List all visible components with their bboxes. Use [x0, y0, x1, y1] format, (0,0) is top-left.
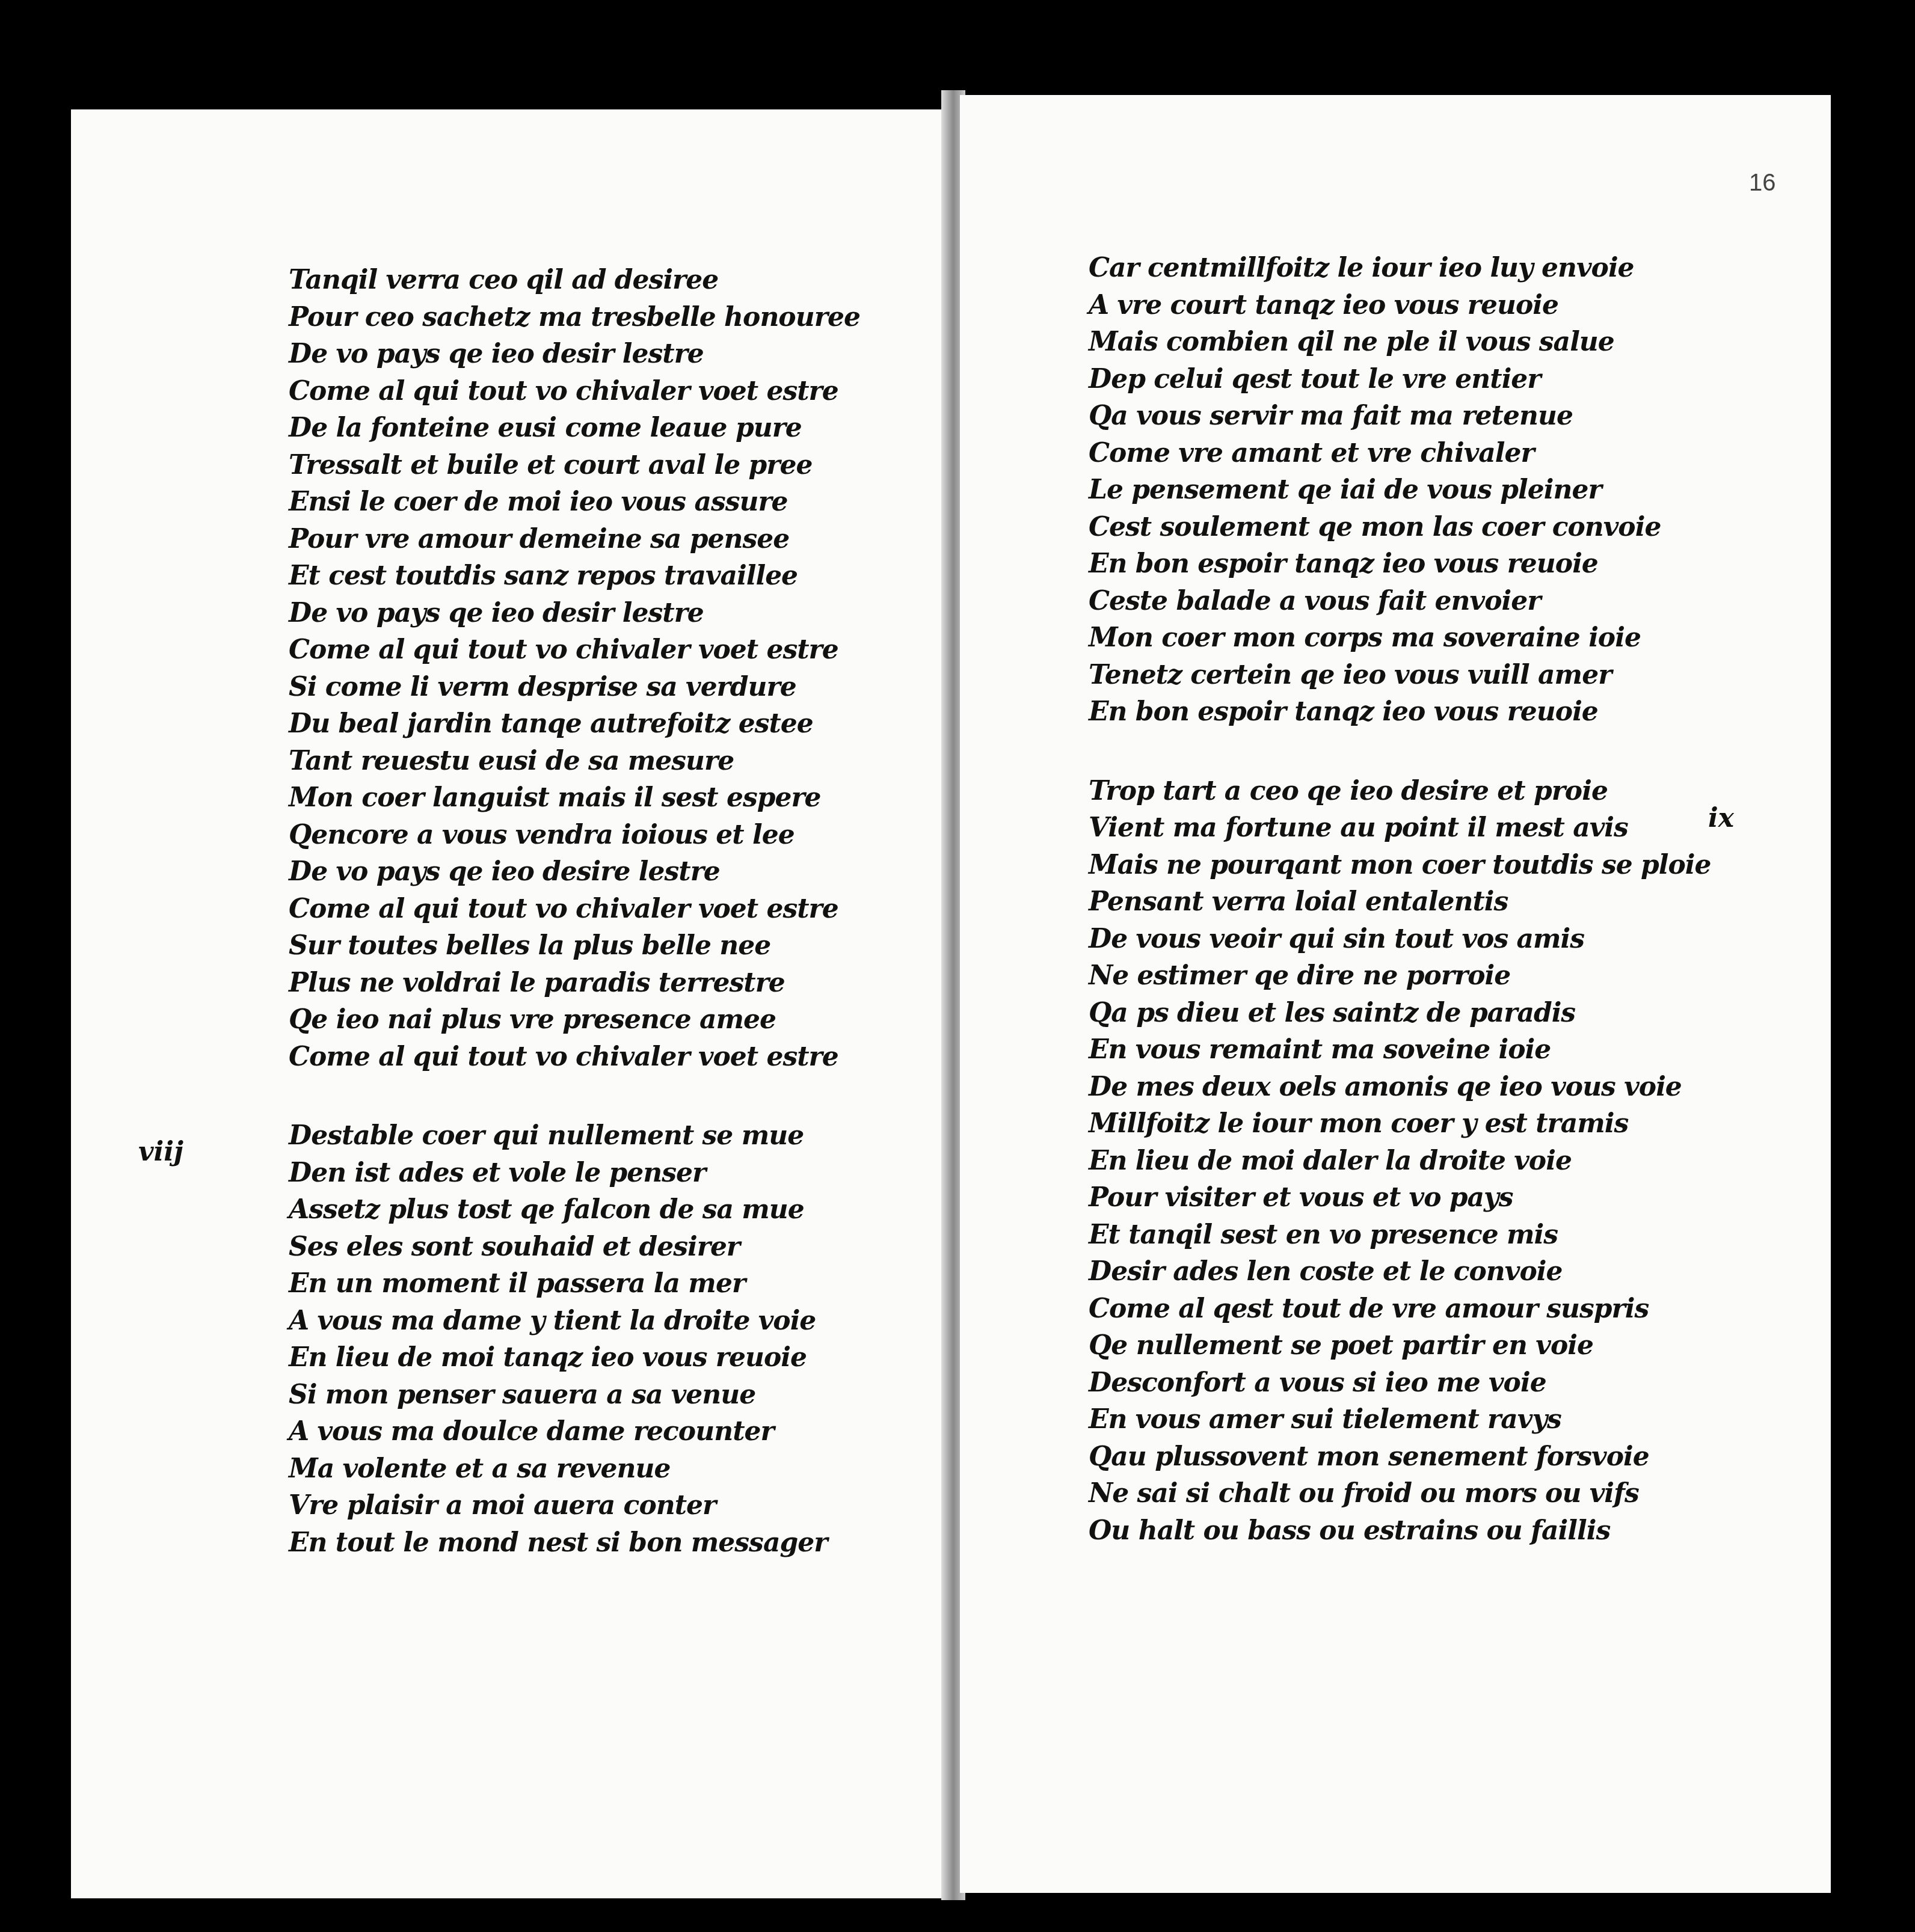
verse-line: Ensi le coer de moi ieo vous assure: [289, 486, 788, 517]
verse-line: En vous amer sui tielement ravys: [1089, 1404, 1561, 1435]
verse-line: En bon espoir tanqz ieo vous reuoie: [1089, 548, 1598, 579]
verse-line: Le pensement qe iai de vous pleiner: [1089, 474, 1602, 505]
verse-line: Ceste balade a vous fait envoier: [1089, 586, 1540, 616]
verse-line: Tressalt et buile et court aval le pree: [289, 450, 812, 480]
verse-line: Ses eles sont souhaid et desirer: [289, 1231, 740, 1262]
verse-line: Car centmillfoitz le iour ieo luy envoie: [1089, 253, 1634, 283]
verse-line: Pour ceo sachetz ma tresbelle honouree: [289, 302, 860, 333]
verse-line: Vre plaisir a moi auera conter: [289, 1490, 716, 1521]
verse-line: A vous ma doulce dame recounter: [289, 1416, 774, 1447]
verse-line: En lieu de moi daler la droite voie: [1089, 1145, 1572, 1176]
verse-line: De vo pays qe ieo desir lestre: [289, 339, 704, 369]
verse-line: Mais combien qil ne ple il vous salue: [1089, 327, 1614, 357]
verse-line: Cest soulement qe mon las coer convoie: [1089, 512, 1661, 542]
verse-line: Come al qui tout vo chivaler voet estre: [289, 1041, 838, 1072]
verse-line: Come al qui tout vo chivaler voet estre: [289, 376, 838, 406]
verse-line: En un moment il passera la mer: [289, 1268, 745, 1299]
verse-line: Si come li verm desprise sa verdure: [289, 672, 796, 702]
verse-line: Si mon penser sauera a sa venue: [289, 1379, 755, 1410]
verse-line: De vo pays qe ieo desire lestre: [289, 856, 720, 887]
verse-line: Tenetz certein qe ieo vous vuill amer: [1089, 660, 1611, 690]
verse-line: Come al qui tout vo chivaler voet estre: [289, 634, 838, 665]
verse-line: Tant reuestu eusi de sa mesure: [289, 746, 734, 776]
verse-line: De mes deux oels amonis qe ieo vous voie: [1089, 1072, 1682, 1102]
verse-line: Et cest toutdis sanz repos travaillee: [289, 560, 798, 591]
verse-line: Mon coer mon corps ma soveraine ioie: [1089, 622, 1641, 653]
verse-line: En lieu de moi tanqz ieo vous reuoie: [289, 1342, 807, 1373]
verse-line: Desconfort a vous si ieo me voie: [1089, 1367, 1546, 1398]
verse-line: En vous remaint ma soveine ioie: [1089, 1034, 1551, 1065]
folio-number: 16: [1749, 170, 1776, 197]
verse-line: De vo pays qe ieo desir lestre: [289, 598, 704, 628]
verse-line: Mais ne pourqant mon coer toutdis se plo…: [1089, 850, 1711, 880]
verse-line: Millfoitz le iour mon coer y est tramis: [1089, 1108, 1628, 1139]
verse-line: A vre court tanqz ieo vous reuoie: [1089, 290, 1558, 320]
verse-line: Trop tart a ceo qe ieo desire et proie: [1089, 776, 1608, 806]
verse-line: Pensant verra loial entalentis: [1089, 886, 1508, 917]
verse-line: Mon coer languist mais il sest espere: [289, 782, 821, 813]
verse-line: Ou halt ou bass ou estrains ou faillis: [1089, 1515, 1610, 1546]
verse-line: Qencore a vous vendra ioious et lee: [289, 820, 795, 850]
verse-line: De vous veoir qui sin tout vos amis: [1089, 924, 1584, 954]
verse-line: Et tanqil sest en vo presence mis: [1089, 1219, 1558, 1250]
verse-line: En bon espoir tanqz ieo vous reuoie: [1089, 696, 1598, 727]
verse-line: Ne sai si chalt ou froid ou mors ou vifs: [1089, 1478, 1639, 1509]
verse-line: Tanqil verra ceo qil ad desiree: [289, 265, 718, 295]
section-marker-right: ix: [1708, 803, 1734, 833]
verse-line: Den ist ades et vole le penser: [289, 1158, 705, 1188]
verse-line: Vient ma fortune au point il mest avis: [1089, 812, 1628, 843]
verse-line: Pour vre amour demeine sa pensee: [289, 524, 789, 554]
verse-line: Qa ps dieu et les saintz de paradis: [1089, 998, 1575, 1028]
verse-line: Qe ieo nai plus vre presence amee: [289, 1004, 776, 1035]
verse-line: Ma volente et a sa revenue: [289, 1453, 671, 1484]
verse-line: A vous ma dame y tient la droite voie: [289, 1305, 816, 1336]
verse-line: Plus ne voldrai le paradis terrestre: [289, 968, 785, 998]
verse-line: Qa vous servir ma fait ma retenue: [1089, 400, 1573, 431]
verse-line: Destable coer qui nullement se mue: [289, 1120, 804, 1151]
verse-line: Qe nullement se poet partir en voie: [1089, 1330, 1593, 1361]
verse-line: Assetz plus tost qe falcon de sa mue: [289, 1194, 804, 1225]
verse-line: Ne estimer qe dire ne porroie: [1089, 960, 1510, 991]
section-marker-left: viij: [138, 1136, 183, 1167]
verse-line: Come al qest tout de vre amour suspris: [1089, 1293, 1649, 1324]
verse-line: Sur toutes belles la plus belle nee: [289, 930, 770, 961]
verse-line: Qau plussovent mon senement forsvoie: [1089, 1441, 1649, 1472]
verse-line: Du beal jardin tanqe autrefoitz estee: [289, 708, 813, 739]
verse-line: Dep celui qest tout le vre entier: [1089, 364, 1541, 394]
verse-line: Come vre amant et vre chivaler: [1089, 438, 1534, 468]
verse-line: Pour visiter et vous et vo pays: [1089, 1182, 1513, 1213]
verse-line: De la fonteine eusi come leaue pure: [289, 412, 802, 443]
verse-line: Desir ades len coste et le convoie: [1089, 1256, 1562, 1287]
verse-line: Come al qui tout vo chivaler voet estre: [289, 894, 838, 924]
verse-line: En tout le mond nest si bon messager: [289, 1527, 827, 1558]
